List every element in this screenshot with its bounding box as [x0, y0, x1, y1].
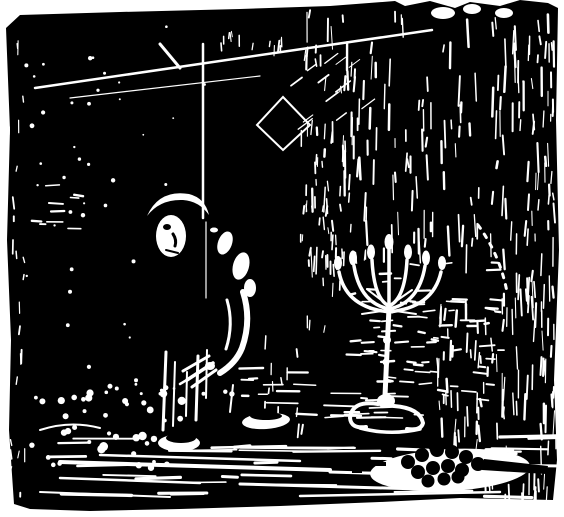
floor-sack-shadow	[250, 412, 282, 420]
robe-fold	[196, 356, 198, 420]
eye	[163, 224, 171, 230]
woodcut-illustration	[0, 0, 564, 517]
flame	[367, 245, 375, 260]
paper-gap	[431, 7, 455, 19]
floor-dark-dash	[372, 462, 386, 466]
shoe-shadow	[166, 433, 196, 443]
flame	[438, 256, 446, 270]
collar-glint	[210, 228, 218, 233]
engraving-canvas	[0, 0, 564, 517]
flame	[385, 234, 394, 250]
flame	[349, 251, 357, 266]
paper-gap	[463, 4, 481, 14]
robe-fold	[186, 372, 187, 416]
flame	[404, 245, 412, 260]
flame	[334, 256, 342, 270]
floor-dark-dash	[345, 458, 367, 462]
paper-gap	[495, 8, 513, 18]
stem-knob	[383, 336, 391, 344]
robe-fold	[206, 350, 207, 398]
floor-dark-dash	[352, 470, 362, 473]
stem-knob	[383, 359, 390, 366]
flame	[422, 251, 430, 266]
